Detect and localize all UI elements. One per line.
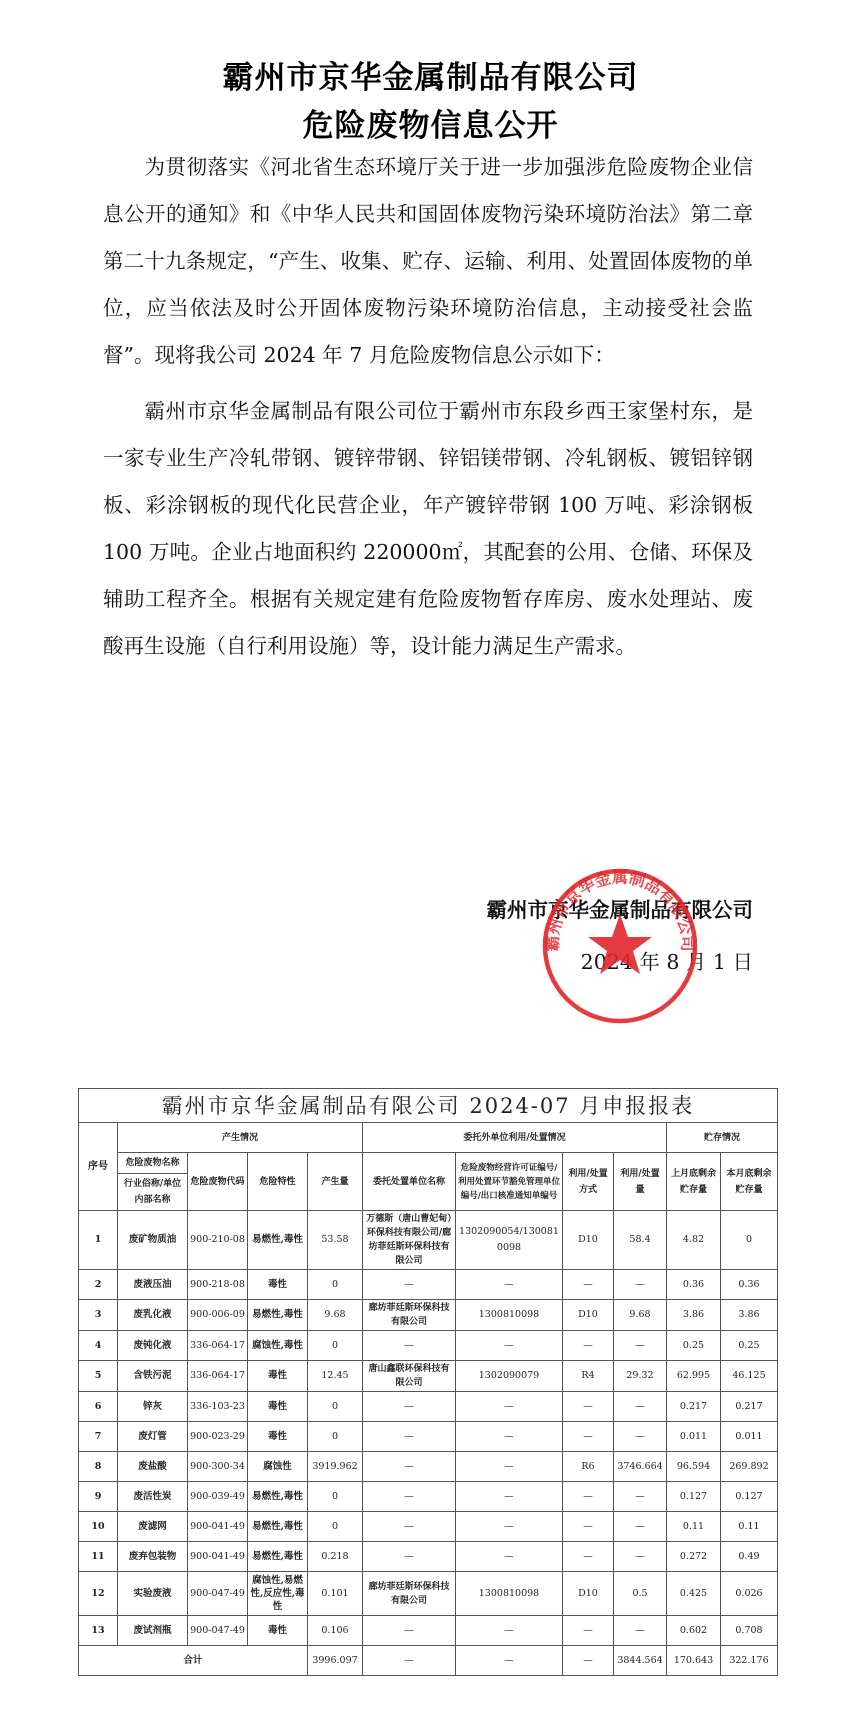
cell-name: 锌灰 bbox=[118, 1392, 188, 1422]
header-code: 危险废物代码 bbox=[188, 1153, 248, 1211]
cell-property: 易燃性,毒性 bbox=[248, 1512, 308, 1542]
cell-license: 1302090054/1300810098 bbox=[456, 1211, 563, 1270]
cell-code: 900-210-08 bbox=[188, 1211, 248, 1270]
cell-this-stock: 0.25 bbox=[721, 1331, 778, 1361]
table-row: 1 废矿物质油 900-210-08 易燃性,毒性 53.58 万德斯（唐山曹妃… bbox=[79, 1211, 778, 1270]
total-unit: — bbox=[363, 1646, 456, 1676]
cell-code: 900-041-49 bbox=[188, 1512, 248, 1542]
cell-last-stock: 0.217 bbox=[667, 1392, 721, 1422]
cell-disposed: 9.68 bbox=[614, 1300, 667, 1331]
cell-amount: 0.101 bbox=[308, 1572, 363, 1616]
cell-seq: 6 bbox=[79, 1392, 118, 1422]
cell-amount: 12.45 bbox=[308, 1361, 363, 1392]
cell-name: 废试剂瓶 bbox=[118, 1616, 188, 1646]
cell-seq: 11 bbox=[79, 1542, 118, 1572]
cell-this-stock: 0 bbox=[721, 1211, 778, 1270]
header-property: 危险特性 bbox=[248, 1153, 308, 1211]
table-row: 9 废活性炭 900-039-49 易燃性,毒性 0 — — — — 0.127… bbox=[79, 1482, 778, 1512]
header-entrusted: 委托外单位利用/处置情况 bbox=[363, 1123, 667, 1153]
cell-amount: 0 bbox=[308, 1270, 363, 1300]
cell-method: — bbox=[563, 1331, 614, 1361]
intro-text: 为贯彻落实《河北省生态环境厅关于进一步加强涉危险废物企业信息公开的通知》和《中华… bbox=[103, 155, 753, 367]
signature-organization: 霸州市京华金属制品有限公司 bbox=[487, 893, 754, 923]
cell-unit: — bbox=[363, 1452, 456, 1482]
monthly-report-table: 霸州市京华金属制品有限公司 2024-07 月申报报表 序号 产生情况 委托外单… bbox=[78, 1088, 778, 1676]
cell-property: 毒性 bbox=[248, 1392, 308, 1422]
document-title: 霸州市京华金属制品有限公司 bbox=[0, 52, 861, 97]
cell-this-stock: 0.36 bbox=[721, 1270, 778, 1300]
cell-disposed: — bbox=[614, 1331, 667, 1361]
cell-property: 腐蚀性,毒性 bbox=[248, 1331, 308, 1361]
total-label: 合计 bbox=[79, 1646, 308, 1676]
header-alias: 行业俗称/单位内部名称 bbox=[118, 1174, 188, 1211]
cell-property: 腐蚀性,易燃性,反应性,毒性 bbox=[248, 1572, 308, 1616]
table-row: 12 实验废液 900-047-49 腐蚀性,易燃性,反应性,毒性 0.101 … bbox=[79, 1572, 778, 1616]
table-row: 3 废乳化液 900-006-09 易燃性,毒性 9.68 廊坊菲廷斯环保科技有… bbox=[79, 1300, 778, 1331]
report-caption: 霸州市京华金属制品有限公司 2024-07 月申报报表 bbox=[79, 1089, 778, 1123]
cell-property: 易燃性,毒性 bbox=[248, 1300, 308, 1331]
header-amount: 产生量 bbox=[308, 1153, 363, 1211]
cell-name: 废液压油 bbox=[118, 1270, 188, 1300]
cell-code: 336-064-17 bbox=[188, 1361, 248, 1392]
cell-disposed: — bbox=[614, 1542, 667, 1572]
cell-disposed: 29.32 bbox=[614, 1361, 667, 1392]
table-row: 7 废灯管 900-023-29 毒性 0 — — — — 0.011 0.01… bbox=[79, 1422, 778, 1452]
total-row: 合计 3996.097 — — — 3844.564 170.643 322.1… bbox=[79, 1646, 778, 1676]
cell-disposed: — bbox=[614, 1616, 667, 1646]
cell-license: — bbox=[456, 1270, 563, 1300]
cell-seq: 13 bbox=[79, 1616, 118, 1646]
cell-license: — bbox=[456, 1616, 563, 1646]
header-method: 利用/处置方式 bbox=[563, 1153, 614, 1211]
cell-license: — bbox=[456, 1331, 563, 1361]
header-storage: 贮存情况 bbox=[667, 1123, 778, 1153]
cell-unit: — bbox=[363, 1482, 456, 1512]
table-row: 8 废盐酸 900-300-34 腐蚀性 3919.962 — — R6 374… bbox=[79, 1452, 778, 1482]
cell-seq: 7 bbox=[79, 1422, 118, 1452]
total-disposed: 3844.564 bbox=[614, 1646, 667, 1676]
cell-last-stock: 0.425 bbox=[667, 1572, 721, 1616]
cell-license: — bbox=[456, 1452, 563, 1482]
signature-date: 2024 年 8 月 1 日 bbox=[581, 945, 753, 975]
cell-disposed: — bbox=[614, 1392, 667, 1422]
cell-method: — bbox=[563, 1482, 614, 1512]
cell-disposed: — bbox=[614, 1270, 667, 1300]
cell-seq: 4 bbox=[79, 1331, 118, 1361]
table-row: 6 锌灰 336-103-23 毒性 0 — — — — 0.217 0.217 bbox=[79, 1392, 778, 1422]
cell-amount: 0 bbox=[308, 1512, 363, 1542]
table-row: 10 废滤网 900-041-49 易燃性,毒性 0 — — — — 0.11 … bbox=[79, 1512, 778, 1542]
cell-amount: 3919.962 bbox=[308, 1452, 363, 1482]
cell-name: 废乳化液 bbox=[118, 1300, 188, 1331]
header-name: 危险废物名称 bbox=[118, 1153, 188, 1174]
cell-method: R4 bbox=[563, 1361, 614, 1392]
cell-property: 易燃性,毒性 bbox=[248, 1211, 308, 1270]
cell-amount: 0.218 bbox=[308, 1542, 363, 1572]
cell-code: 900-041-49 bbox=[188, 1542, 248, 1572]
cell-amount: 0 bbox=[308, 1482, 363, 1512]
cell-disposed: 58.4 bbox=[614, 1211, 667, 1270]
cell-last-stock: 0.36 bbox=[667, 1270, 721, 1300]
header-seq: 序号 bbox=[79, 1123, 118, 1211]
cell-property: 易燃性,毒性 bbox=[248, 1482, 308, 1512]
cell-method: — bbox=[563, 1542, 614, 1572]
cell-amount: 9.68 bbox=[308, 1300, 363, 1331]
cell-method: — bbox=[563, 1270, 614, 1300]
cell-last-stock: 0.25 bbox=[667, 1331, 721, 1361]
cell-this-stock: 269.892 bbox=[721, 1452, 778, 1482]
cell-property: 毒性 bbox=[248, 1422, 308, 1452]
cell-unit: — bbox=[363, 1422, 456, 1452]
cell-property: 易燃性,毒性 bbox=[248, 1542, 308, 1572]
cell-disposed: — bbox=[614, 1422, 667, 1452]
cell-license: — bbox=[456, 1422, 563, 1452]
cell-last-stock: 0.127 bbox=[667, 1482, 721, 1512]
cell-method: D10 bbox=[563, 1572, 614, 1616]
cell-this-stock: 0.011 bbox=[721, 1422, 778, 1452]
cell-last-stock: 0.11 bbox=[667, 1512, 721, 1542]
cell-name: 废矿物质油 bbox=[118, 1211, 188, 1270]
cell-disposed: 0.5 bbox=[614, 1572, 667, 1616]
cell-name: 废钝化液 bbox=[118, 1331, 188, 1361]
cell-code: 336-103-23 bbox=[188, 1392, 248, 1422]
company-paragraph: 霸州市京华金属制品有限公司位于霸州市东段乡西王家堡村东，是一家专业生产冷轧带钢、… bbox=[103, 388, 753, 670]
header-unit: 委托处置单位名称 bbox=[363, 1153, 456, 1211]
cell-property: 腐蚀性 bbox=[248, 1452, 308, 1482]
cell-method: R6 bbox=[563, 1452, 614, 1482]
cell-unit: 万德斯（唐山曹妃甸）环保科技有限公司/廊坊菲廷斯环保科技有限公司 bbox=[363, 1211, 456, 1270]
cell-method: D10 bbox=[563, 1211, 614, 1270]
cell-seq: 2 bbox=[79, 1270, 118, 1300]
cell-license: 1302090079 bbox=[456, 1361, 563, 1392]
cell-disposed: — bbox=[614, 1512, 667, 1542]
cell-seq: 12 bbox=[79, 1572, 118, 1616]
cell-this-stock: 46.125 bbox=[721, 1361, 778, 1392]
cell-name: 含铁污泥 bbox=[118, 1361, 188, 1392]
cell-method: — bbox=[563, 1512, 614, 1542]
cell-last-stock: 4.82 bbox=[667, 1211, 721, 1270]
cell-property: 毒性 bbox=[248, 1270, 308, 1300]
total-method: — bbox=[563, 1646, 614, 1676]
cell-license: — bbox=[456, 1512, 563, 1542]
cell-name: 废灯管 bbox=[118, 1422, 188, 1452]
header-license: 危险废物经营许可证编号/利用处置环节豁免管理单位编号/出口核准通知单编号 bbox=[456, 1153, 563, 1211]
cell-unit: 廊坊菲廷斯环保科技有限公司 bbox=[363, 1300, 456, 1331]
cell-amount: 0 bbox=[308, 1331, 363, 1361]
cell-seq: 10 bbox=[79, 1512, 118, 1542]
cell-property: 毒性 bbox=[248, 1361, 308, 1392]
cell-this-stock: 0.11 bbox=[721, 1512, 778, 1542]
cell-seq: 1 bbox=[79, 1211, 118, 1270]
cell-name: 废盐酸 bbox=[118, 1452, 188, 1482]
cell-unit: — bbox=[363, 1512, 456, 1542]
cell-unit: 唐山鑫联环保科技有限公司 bbox=[363, 1361, 456, 1392]
total-license: — bbox=[456, 1646, 563, 1676]
cell-seq: 9 bbox=[79, 1482, 118, 1512]
cell-code: 900-039-49 bbox=[188, 1482, 248, 1512]
cell-amount: 0 bbox=[308, 1392, 363, 1422]
cell-unit: — bbox=[363, 1542, 456, 1572]
total-last-stock: 170.643 bbox=[667, 1646, 721, 1676]
cell-code: 900-047-49 bbox=[188, 1572, 248, 1616]
table-row: 5 含铁污泥 336-064-17 毒性 12.45 唐山鑫联环保科技有限公司 … bbox=[79, 1361, 778, 1392]
cell-code: 900-023-29 bbox=[188, 1422, 248, 1452]
cell-unit: 廊坊菲廷斯环保科技有限公司 bbox=[363, 1572, 456, 1616]
cell-license: 1300810098 bbox=[456, 1300, 563, 1331]
cell-method: D10 bbox=[563, 1300, 614, 1331]
total-amount: 3996.097 bbox=[308, 1646, 363, 1676]
cell-this-stock: 0.127 bbox=[721, 1482, 778, 1512]
cell-last-stock: 96.594 bbox=[667, 1452, 721, 1482]
cell-last-stock: 0.272 bbox=[667, 1542, 721, 1572]
table-row: 2 废液压油 900-218-08 毒性 0 — — — — 0.36 0.36 bbox=[79, 1270, 778, 1300]
cell-this-stock: 3.86 bbox=[721, 1300, 778, 1331]
cell-code: 900-047-49 bbox=[188, 1616, 248, 1646]
cell-name: 废活性炭 bbox=[118, 1482, 188, 1512]
cell-method: — bbox=[563, 1616, 614, 1646]
cell-method: — bbox=[563, 1392, 614, 1422]
cell-disposed: 3746.664 bbox=[614, 1452, 667, 1482]
table-row: 13 废试剂瓶 900-047-49 毒性 0.106 — — — — 0.60… bbox=[79, 1616, 778, 1646]
cell-amount: 53.58 bbox=[308, 1211, 363, 1270]
cell-this-stock: 0.026 bbox=[721, 1572, 778, 1616]
cell-code: 900-300-34 bbox=[188, 1452, 248, 1482]
table-row: 4 废钝化液 336-064-17 腐蚀性,毒性 0 — — — — 0.25 … bbox=[79, 1331, 778, 1361]
cell-license: — bbox=[456, 1392, 563, 1422]
cell-last-stock: 3.86 bbox=[667, 1300, 721, 1331]
total-this-stock: 322.176 bbox=[721, 1646, 778, 1676]
cell-property: 毒性 bbox=[248, 1616, 308, 1646]
cell-amount: 0 bbox=[308, 1422, 363, 1452]
cell-seq: 5 bbox=[79, 1361, 118, 1392]
header-this-stock: 本月底剩余贮存量 bbox=[721, 1153, 778, 1211]
header-disposed: 利用/处置量 bbox=[614, 1153, 667, 1211]
cell-last-stock: 62.995 bbox=[667, 1361, 721, 1392]
cell-method: — bbox=[563, 1422, 614, 1452]
table-row: 11 废弃包装物 900-041-49 易燃性,毒性 0.218 — — — —… bbox=[79, 1542, 778, 1572]
cell-unit: — bbox=[363, 1270, 456, 1300]
document-subtitle: 危险废物信息公开 bbox=[0, 100, 861, 145]
cell-license: — bbox=[456, 1482, 563, 1512]
header-last-stock: 上月底剩余贮存量 bbox=[667, 1153, 721, 1211]
cell-name: 实验废液 bbox=[118, 1572, 188, 1616]
cell-code: 900-218-08 bbox=[188, 1270, 248, 1300]
cell-amount: 0.106 bbox=[308, 1616, 363, 1646]
cell-last-stock: 0.011 bbox=[667, 1422, 721, 1452]
cell-code: 900-006-09 bbox=[188, 1300, 248, 1331]
cell-license: 1300810098 bbox=[456, 1572, 563, 1616]
cell-unit: — bbox=[363, 1392, 456, 1422]
cell-seq: 3 bbox=[79, 1300, 118, 1331]
cell-license: — bbox=[456, 1542, 563, 1572]
cell-code: 336-064-17 bbox=[188, 1331, 248, 1361]
cell-this-stock: 0.49 bbox=[721, 1542, 778, 1572]
cell-unit: — bbox=[363, 1331, 456, 1361]
intro-paragraph: 为贯彻落实《河北省生态环境厅关于进一步加强涉危险废物企业信息公开的通知》和《中华… bbox=[103, 144, 753, 379]
cell-unit: — bbox=[363, 1616, 456, 1646]
cell-last-stock: 0.602 bbox=[667, 1616, 721, 1646]
header-production: 产生情况 bbox=[118, 1123, 363, 1153]
cell-disposed: — bbox=[614, 1482, 667, 1512]
cell-name: 废滤网 bbox=[118, 1512, 188, 1542]
cell-name: 废弃包装物 bbox=[118, 1542, 188, 1572]
cell-seq: 8 bbox=[79, 1452, 118, 1482]
cell-this-stock: 0.708 bbox=[721, 1616, 778, 1646]
cell-this-stock: 0.217 bbox=[721, 1392, 778, 1422]
